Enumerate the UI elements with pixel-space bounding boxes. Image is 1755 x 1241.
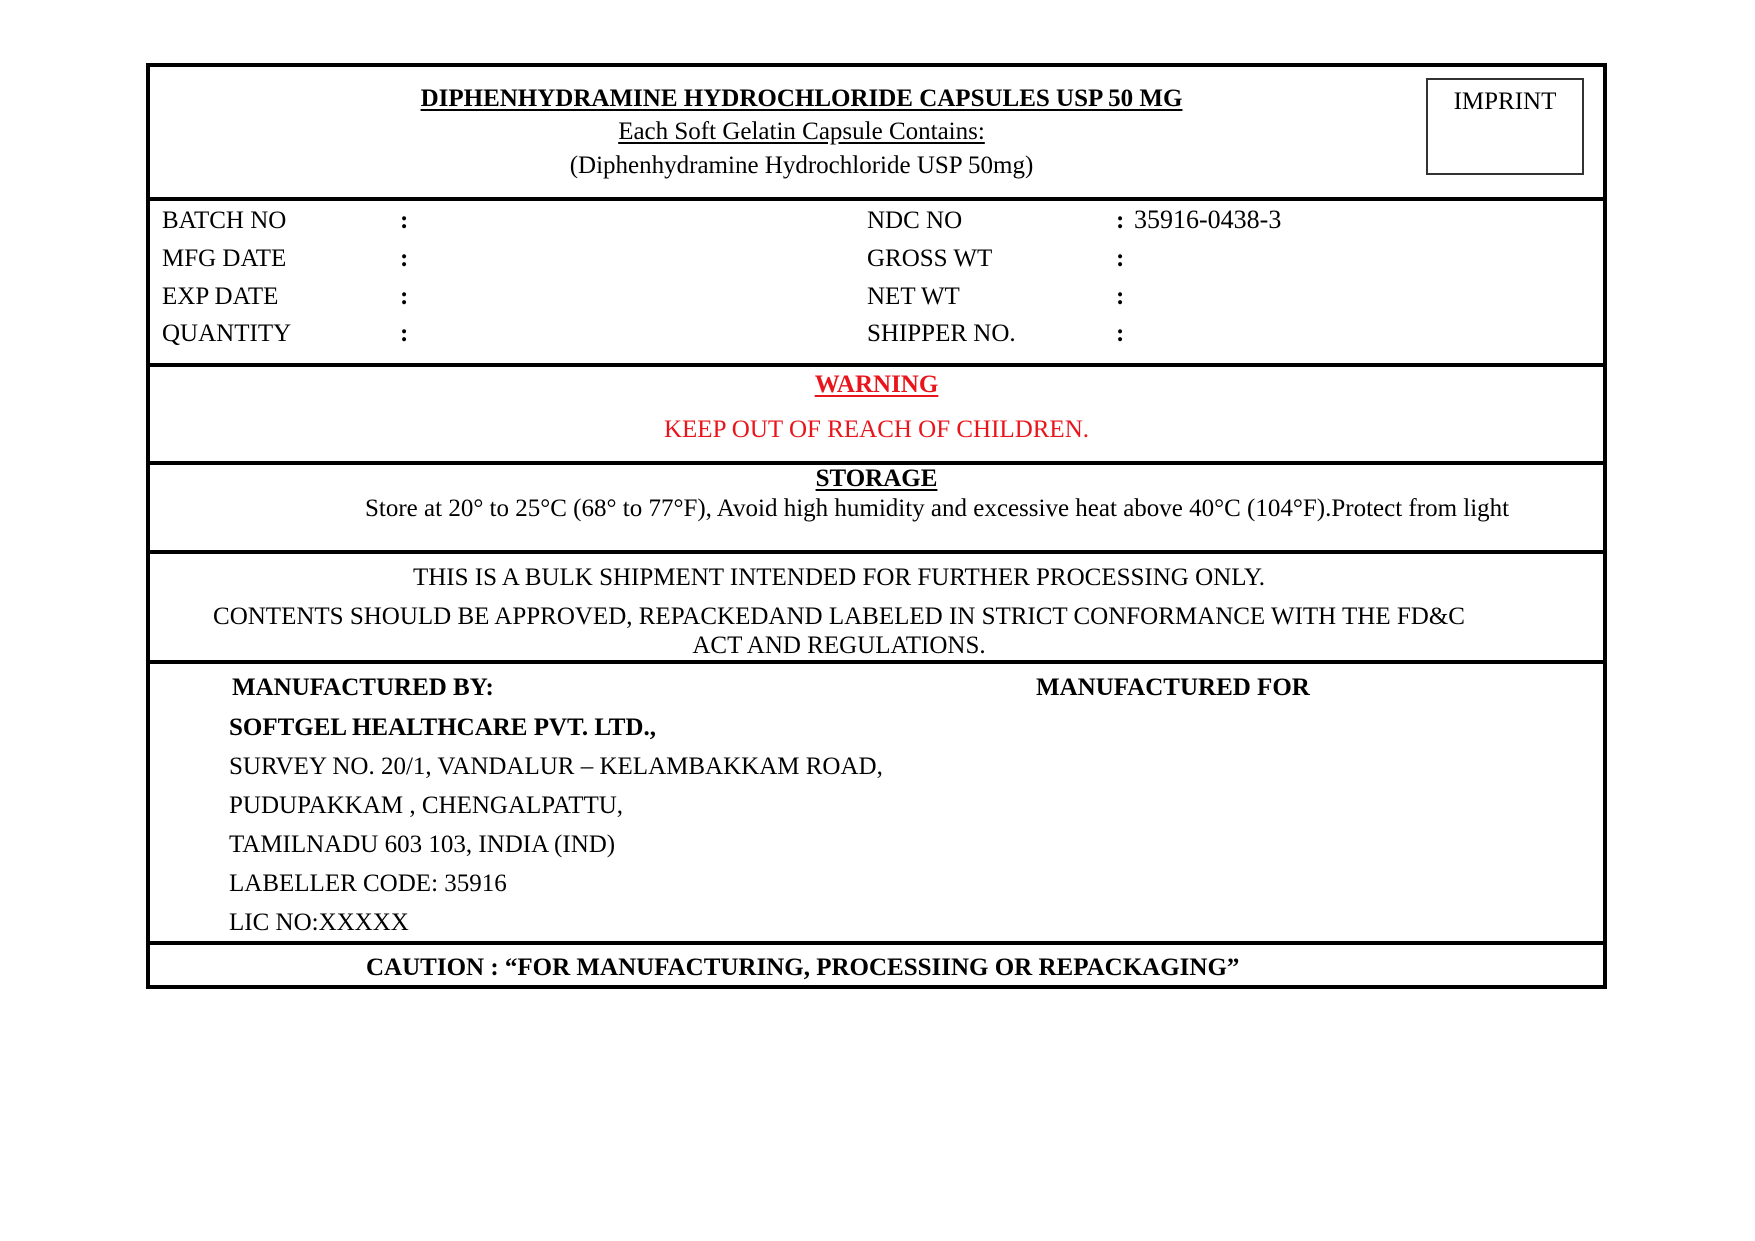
- manufactured-for-heading: MANUFACTURED FOR: [1036, 674, 1310, 702]
- shipper-no-colon: :: [1116, 320, 1124, 348]
- caution-text: CAUTION : “FOR MANUFACTURING, PROCESSIIN…: [366, 954, 1239, 982]
- approval-notice-line2: ACT AND REGULATIONS.: [75, 632, 1603, 660]
- mfg-date-colon: :: [400, 245, 408, 273]
- product-title: DIPHENHYDRAMINE HYDROCHLORIDE CAPSULES U…: [0, 85, 1603, 113]
- storage-heading: STORAGE: [150, 465, 1603, 493]
- ndc-no-value: 35916-0438-3: [1134, 205, 1281, 235]
- exp-date-colon: :: [400, 283, 408, 311]
- gross-wt-colon: :: [1116, 245, 1124, 273]
- address-line: SURVEY NO. 20/1, VANDALUR – KELAMBAKKAM …: [229, 753, 883, 781]
- manufacturer-section: MANUFACTURED BY: MANUFACTURED FOR SOFTGE…: [150, 660, 1603, 941]
- warning-section: WARNING KEEP OUT OF REACH OF CHILDREN.: [150, 363, 1603, 461]
- manufacturer-company: SOFTGEL HEALTHCARE PVT. LTD.,: [229, 714, 656, 742]
- net-wt-label: NET WT: [867, 283, 960, 311]
- header-section: DIPHENHYDRAMINE HYDROCHLORIDE CAPSULES U…: [150, 67, 1603, 197]
- composition: (Diphenhydramine Hydrochloride USP 50mg): [0, 152, 1603, 180]
- gross-wt-label: GROSS WT: [867, 245, 992, 273]
- batch-no-colon: :: [400, 207, 408, 235]
- storage-section: STORAGE Store at 20° to 25°C (68° to 77°…: [150, 461, 1603, 550]
- license-no: LIC NO:XXXXX: [229, 909, 409, 937]
- capsule-contents-subtitle: Each Soft Gelatin Capsule Contains:: [0, 118, 1603, 146]
- storage-text: Store at 20° to 25°C (68° to 77°F), Avoi…: [365, 495, 1509, 523]
- quantity-label: QUANTITY: [162, 320, 291, 348]
- bulk-shipment-section: THIS IS A BULK SHIPMENT INTENDED FOR FUR…: [150, 550, 1603, 662]
- address-line: PUDUPAKKAM , CHENGALPATTU,: [229, 792, 623, 820]
- caution-section: CAUTION : “FOR MANUFACTURING, PROCESSIIN…: [150, 941, 1603, 989]
- product-label: DIPHENHYDRAMINE HYDROCHLORIDE CAPSULES U…: [146, 63, 1607, 989]
- imprint-box: IMPRINT: [1426, 78, 1584, 175]
- bulk-shipment-notice: THIS IS A BULK SHIPMENT INTENDED FOR FUR…: [75, 564, 1603, 592]
- shipper-no-label: SHIPPER NO.: [867, 320, 1016, 348]
- imprint-label: IMPRINT: [1428, 88, 1582, 116]
- exp-date-label: EXP DATE: [162, 283, 278, 311]
- net-wt-colon: :: [1116, 283, 1124, 311]
- batch-no-label: BATCH NO: [162, 207, 286, 235]
- warning-heading: WARNING: [150, 371, 1603, 399]
- details-section: BATCH NO : MFG DATE : EXP DATE : QUANTIT…: [150, 197, 1603, 367]
- warning-text: KEEP OUT OF REACH OF CHILDREN.: [150, 416, 1603, 444]
- approval-notice-line1: CONTENTS SHOULD BE APPROVED, REPACKEDAND…: [75, 603, 1603, 631]
- mfg-date-label: MFG DATE: [162, 245, 286, 273]
- manufactured-by-heading: MANUFACTURED BY:: [232, 674, 494, 702]
- labeller-code: LABELLER CODE: 35916: [229, 870, 507, 898]
- address-line: TAMILNADU 603 103, INDIA (IND): [229, 831, 615, 859]
- ndc-no-label: NDC NO: [867, 207, 962, 235]
- ndc-no-colon: :: [1116, 207, 1124, 235]
- quantity-colon: :: [400, 320, 408, 348]
